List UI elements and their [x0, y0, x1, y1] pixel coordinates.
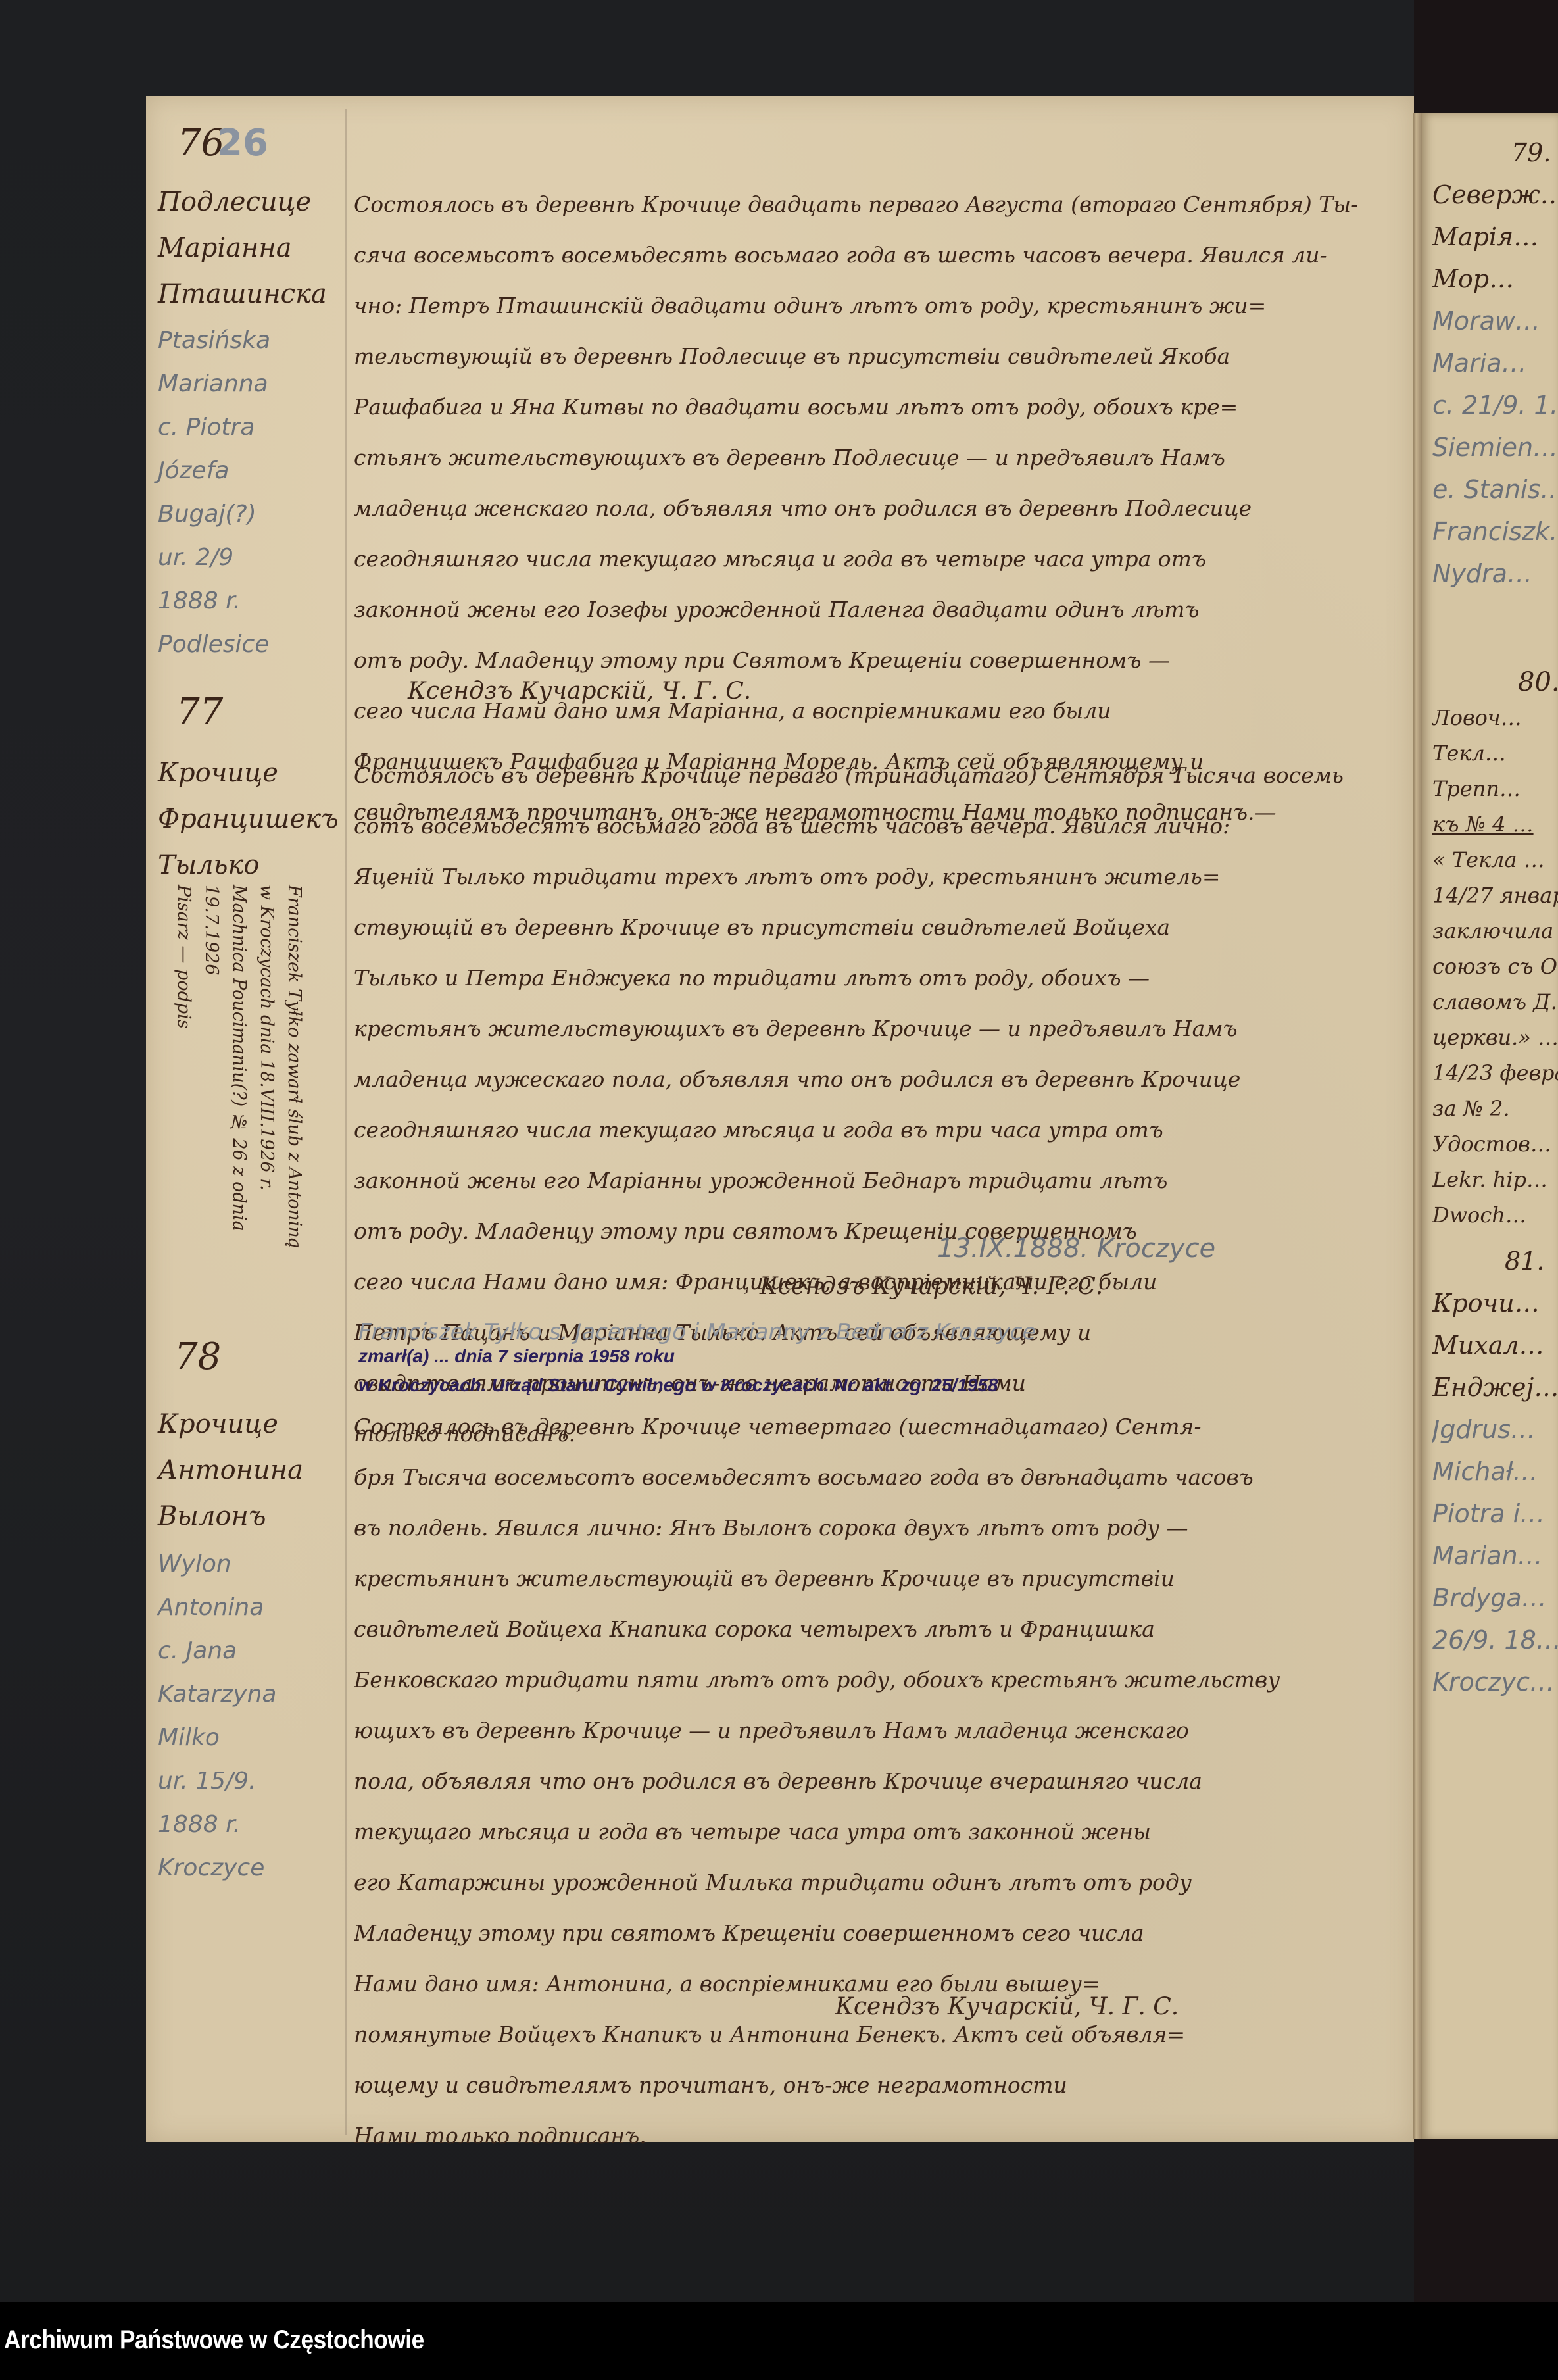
entry-secondary-number: 26 — [217, 125, 268, 162]
pencil-note: ur. 2/9 — [158, 536, 342, 580]
fragment-line: Мор… — [1432, 258, 1558, 300]
village-name: Крочице — [158, 750, 342, 796]
pencil-note: c. Jana — [158, 1629, 342, 1673]
entry-number: 78 — [174, 1339, 221, 1376]
pencil-note: Kroczyce — [158, 1847, 342, 1890]
body-line: Состоялось въ деревнѣ Крочице четвертаго… — [354, 1401, 1400, 1452]
fragment-line: церкви.» … — [1432, 1020, 1558, 1055]
archive-label: Archiwum Państwowe w Częstochowie — [4, 2325, 424, 2355]
body-line: Состоялось въ деревнѣ Крочице перваго (т… — [354, 750, 1400, 801]
fragment-line: славомъ Д… — [1432, 984, 1558, 1020]
pencil-parents-annotation: Franciszek Tyłko s. Jacentego i Marianny… — [358, 1319, 1036, 1345]
surname: Пташинска — [158, 271, 342, 317]
entry-78-pencil-notes: Wylon Antonina c. Jana Katarzyna Milko u… — [158, 1543, 342, 1890]
fragment-line: 26/9. 18… — [1432, 1619, 1558, 1661]
pencil-note: Ptasińska — [158, 319, 342, 362]
priest-signature: Ксендзъ Кучарскій, Ч. Г. С. — [408, 678, 751, 705]
body-line: бря Тысяча восемьсотъ восемьдесятъ восьм… — [354, 1452, 1400, 1502]
body-line: Нами только подписанъ. — [354, 2110, 1400, 2161]
pencil-note: Bugaj(?) — [158, 493, 342, 536]
fragment-line: Марія… — [1432, 216, 1558, 258]
fragment-line: Dwoch… — [1432, 1197, 1558, 1233]
fragment-line: Siemien… — [1432, 426, 1558, 468]
marriage-annotation-vertical: Franciszek Tyłko zawarł ślub z Antoniną … — [170, 885, 308, 1319]
body-line: ствующій въ деревнѣ Крочице въ присутств… — [354, 902, 1400, 953]
fragment-line: Kroczyc… — [1432, 1661, 1558, 1703]
pencil-note: 1888 r. — [158, 580, 342, 623]
facing-entry-79: 79. Северж… Марія… Мор… Moraw… Mariа… c.… — [1432, 132, 1558, 595]
body-line: ющему и свидѣтелямъ прочитанъ, онъ-же не… — [354, 2060, 1400, 2110]
body-line: крестьянинъ жительствующій въ деревнѣ Кр… — [354, 1553, 1400, 1604]
fragment-line: Крочи… — [1432, 1282, 1558, 1324]
body-line: свидѣтелей Войцеха Кнапика сорока четыре… — [354, 1604, 1400, 1654]
facing-entry-80: 80. Ловоч… Текл… Трепп… къ № 4 … « Текла… — [1432, 664, 1558, 1233]
body-line: Тылько и Петра Енджуека по тридцати лѣтъ… — [354, 953, 1400, 1003]
fragment-line: 14/23 февраля … — [1432, 1055, 1558, 1091]
pencil-note: Wylon — [158, 1543, 342, 1586]
fragment-line: e. Stanis… — [1432, 468, 1558, 510]
entry-76-body: Состоялось въ деревнѣ Крочице двадцать п… — [354, 179, 1400, 837]
body-line: законной жены его Іозефы урожденной Пале… — [354, 584, 1400, 635]
fragment-line: Lekr. hip… — [1432, 1162, 1558, 1197]
fragment-line: Michał… — [1432, 1450, 1558, 1493]
pencil-note: Józefa — [158, 449, 342, 493]
pencil-note: c. Piotra — [158, 406, 342, 449]
fragment-line: Удостов… — [1432, 1126, 1558, 1162]
body-line: его Катаржины урожденной Милька тридцати… — [354, 1857, 1400, 1908]
fragment-line: къ № 4 … — [1432, 806, 1558, 842]
pencil-note: 1888 r. — [158, 1803, 342, 1847]
fragment-line: Moraw… — [1432, 300, 1558, 342]
body-line: сегодняшняго числа текущаго мѣсяца и год… — [354, 1104, 1400, 1155]
body-line: младенца женскаго пола, объявляя что онъ… — [354, 483, 1400, 533]
body-line: чно: Петръ Пташинскій двадцати одинъ лѣт… — [354, 280, 1400, 331]
fragment-line: заключила … — [1432, 913, 1558, 949]
margin-rule-line — [345, 109, 347, 2135]
annotation-line: Franciszek Tyłko zawarł ślub z Antoniną — [280, 885, 308, 1319]
entry-77-margin-names: Крочице Францишекъ Тылько — [158, 750, 342, 888]
body-line: Яценій Тылько тридцати трехъ лѣтъ отъ ро… — [354, 851, 1400, 902]
stamp-line: w Kroczycach. Urząd Stanu Cywilnego w Kr… — [358, 1371, 998, 1400]
death-record-stamp: zmarł(a) ... dnia 7 sierpnia 1958 roku w… — [358, 1342, 998, 1400]
fragment-line: Текл… — [1432, 735, 1558, 771]
fragment-line: Piotra i… — [1432, 1493, 1558, 1535]
body-line: младенца мужескаго пола, объявляя что он… — [354, 1054, 1400, 1104]
annotation-line: Pisarz — podpis — [170, 885, 197, 1319]
fragment-line: « Текла … — [1432, 842, 1558, 878]
body-line: стьянъ жительствующихъ въ деревнѣ Подлес… — [354, 432, 1400, 483]
village-name: Подлесице — [158, 179, 342, 225]
body-line: Бенковскаго тридцати пяти лѣтъ отъ роду,… — [354, 1654, 1400, 1705]
annotation-line: w Kroczycach dnia 18.VIII.1926 r. — [253, 885, 280, 1319]
entry-76-pencil-notes: Ptasińska Marianna c. Piotra Józefa Buga… — [158, 319, 342, 666]
pencil-note: Antonina — [158, 1586, 342, 1629]
fragment-line: Ловоч… — [1432, 700, 1558, 735]
body-line: Рашфабига и Яна Китвы по двадцати восьми… — [354, 382, 1400, 432]
body-line: тельствующій въ деревнѣ Подлесице въ при… — [354, 331, 1400, 382]
child-name: Антонина — [158, 1447, 342, 1493]
entry-78-margin-names: Крочице Антонина Вылонъ — [158, 1401, 342, 1539]
fragment-line: Трепп… — [1432, 771, 1558, 806]
child-name: Францишекъ — [158, 796, 342, 842]
fragment-line: Jgdrus… — [1432, 1408, 1558, 1450]
body-line: отъ роду. Младенцу этому при святомъ Кре… — [354, 1206, 1400, 1256]
fragment-line: Северж… — [1432, 174, 1558, 216]
fragment-line: Marian… — [1432, 1535, 1558, 1577]
body-line: сяча восемьсотъ восемьдесять восьмаго го… — [354, 230, 1400, 280]
entry-number: 81. — [1432, 1240, 1558, 1282]
annotation-line: Machnica Poucimaniu(?) № 26 z odnia — [225, 885, 253, 1319]
body-line: сегодняшняго числа текущаго мѣсяца и год… — [354, 533, 1400, 584]
entry-number: 80. — [1432, 664, 1558, 700]
pencil-note: Podlesice — [158, 623, 342, 666]
surname: Вылонъ — [158, 1493, 342, 1539]
fragment-line: за № 2. — [1432, 1091, 1558, 1126]
fragment-line: Brdyga… — [1432, 1577, 1558, 1619]
pencil-note: Marianna — [158, 362, 342, 406]
body-line: крестьянъ жительствующихъ въ деревнѣ Кро… — [354, 1003, 1400, 1054]
annotation-line: 19.7.1926 — [197, 885, 225, 1319]
fragment-line: союзъ съ От… — [1432, 949, 1558, 984]
pencil-note: Milko — [158, 1716, 342, 1760]
entry-78-body: Состоялось въ деревнѣ Крочице четвертаго… — [354, 1401, 1400, 2161]
stamp-line: zmarł(a) ... dnia 7 sierpnia 1958 roku — [358, 1342, 998, 1371]
village-name: Крочице — [158, 1401, 342, 1447]
body-line: ющихъ въ деревнѣ Крочице — и предъявилъ … — [354, 1705, 1400, 1756]
body-line: пола, объявляя что онъ родился въ деревн… — [354, 1756, 1400, 1806]
facing-entry-81: 81. Крочи… Михал… Енджеј… Jgdrus… Michał… — [1432, 1240, 1558, 1703]
priest-signature: Ксендзъ Кучарскій, Ч. Г. С. — [760, 1273, 1103, 1300]
entry-number: 79. — [1432, 132, 1558, 174]
fragment-line: c. 21/9. 1… — [1432, 384, 1558, 426]
book-gutter — [1413, 113, 1422, 2139]
body-line: законной жены его Маріанны урожденной Бе… — [354, 1155, 1400, 1206]
priest-signature: Ксендзъ Кучарскій, Ч. Г. С. — [835, 1993, 1179, 2020]
fragment-line: Franciszk… — [1432, 510, 1558, 553]
fragment-line: Енджеј… — [1432, 1366, 1558, 1408]
pencil-note: Katarzyna — [158, 1673, 342, 1716]
entry-76-margin-names: Подлесице Маріанна Пташинска — [158, 179, 342, 317]
body-line: текущаго мѣсяца и года въ четыре часа ут… — [354, 1806, 1400, 1857]
body-line: сотъ восемьдесятъ восьмаго года въ шесть… — [354, 801, 1400, 851]
fragment-line: 14/27 января … — [1432, 878, 1558, 913]
surname: Тылько — [158, 842, 342, 888]
child-name: Маріанна — [158, 225, 342, 271]
pencil-note: ur. 15/9. — [158, 1760, 342, 1803]
fragment-line: Nydra… — [1432, 553, 1558, 595]
entry-number: 77 — [176, 694, 223, 731]
pencil-date-annotation: 13.IX.1888. Kroczyce — [937, 1233, 1215, 1264]
body-line: Младенцу этому при святомъ Крещеніи сове… — [354, 1908, 1400, 1958]
body-line: въ полдень. Явился лично: Янъ Вылонъ сор… — [354, 1502, 1400, 1553]
body-line: Состоялось въ деревнѣ Крочице двадцать п… — [354, 179, 1400, 230]
fragment-line: Михал… — [1432, 1324, 1558, 1366]
fragment-line: Mariа… — [1432, 342, 1558, 384]
